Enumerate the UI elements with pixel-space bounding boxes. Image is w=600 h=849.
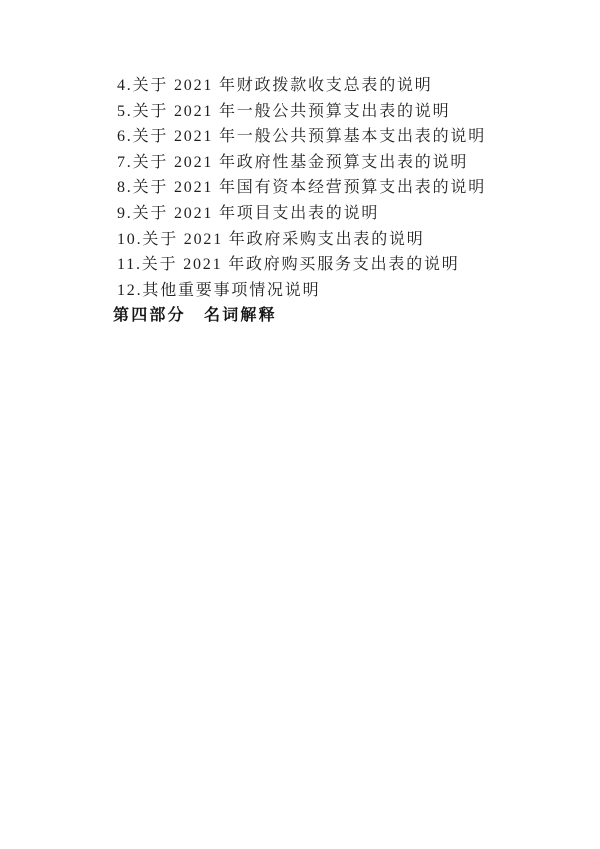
- toc-item: 12.其他重要事项情况说明: [113, 278, 560, 304]
- document-page: 4.关于 2021 年财政拨款收支总表的说明 5.关于 2021 年一般公共预算…: [0, 0, 600, 849]
- toc-item: 8.关于 2021 年国有资本经营预算支出表的说明: [113, 175, 560, 201]
- toc-item: 4.关于 2021 年财政拨款收支总表的说明: [113, 73, 560, 99]
- toc-item: 11.关于 2021 年政府购买服务支出表的说明: [113, 252, 560, 278]
- section-heading: 第四部分 名词解释: [113, 303, 560, 329]
- toc-item: 9.关于 2021 年项目支出表的说明: [113, 201, 560, 227]
- toc-item: 6.关于 2021 年一般公共预算基本支出表的说明: [113, 124, 560, 150]
- table-of-contents: 4.关于 2021 年财政拨款收支总表的说明 5.关于 2021 年一般公共预算…: [113, 73, 560, 329]
- toc-item: 7.关于 2021 年政府性基金预算支出表的说明: [113, 150, 560, 176]
- toc-item: 10.关于 2021 年政府采购支出表的说明: [113, 227, 560, 253]
- toc-item: 5.关于 2021 年一般公共预算支出表的说明: [113, 99, 560, 125]
